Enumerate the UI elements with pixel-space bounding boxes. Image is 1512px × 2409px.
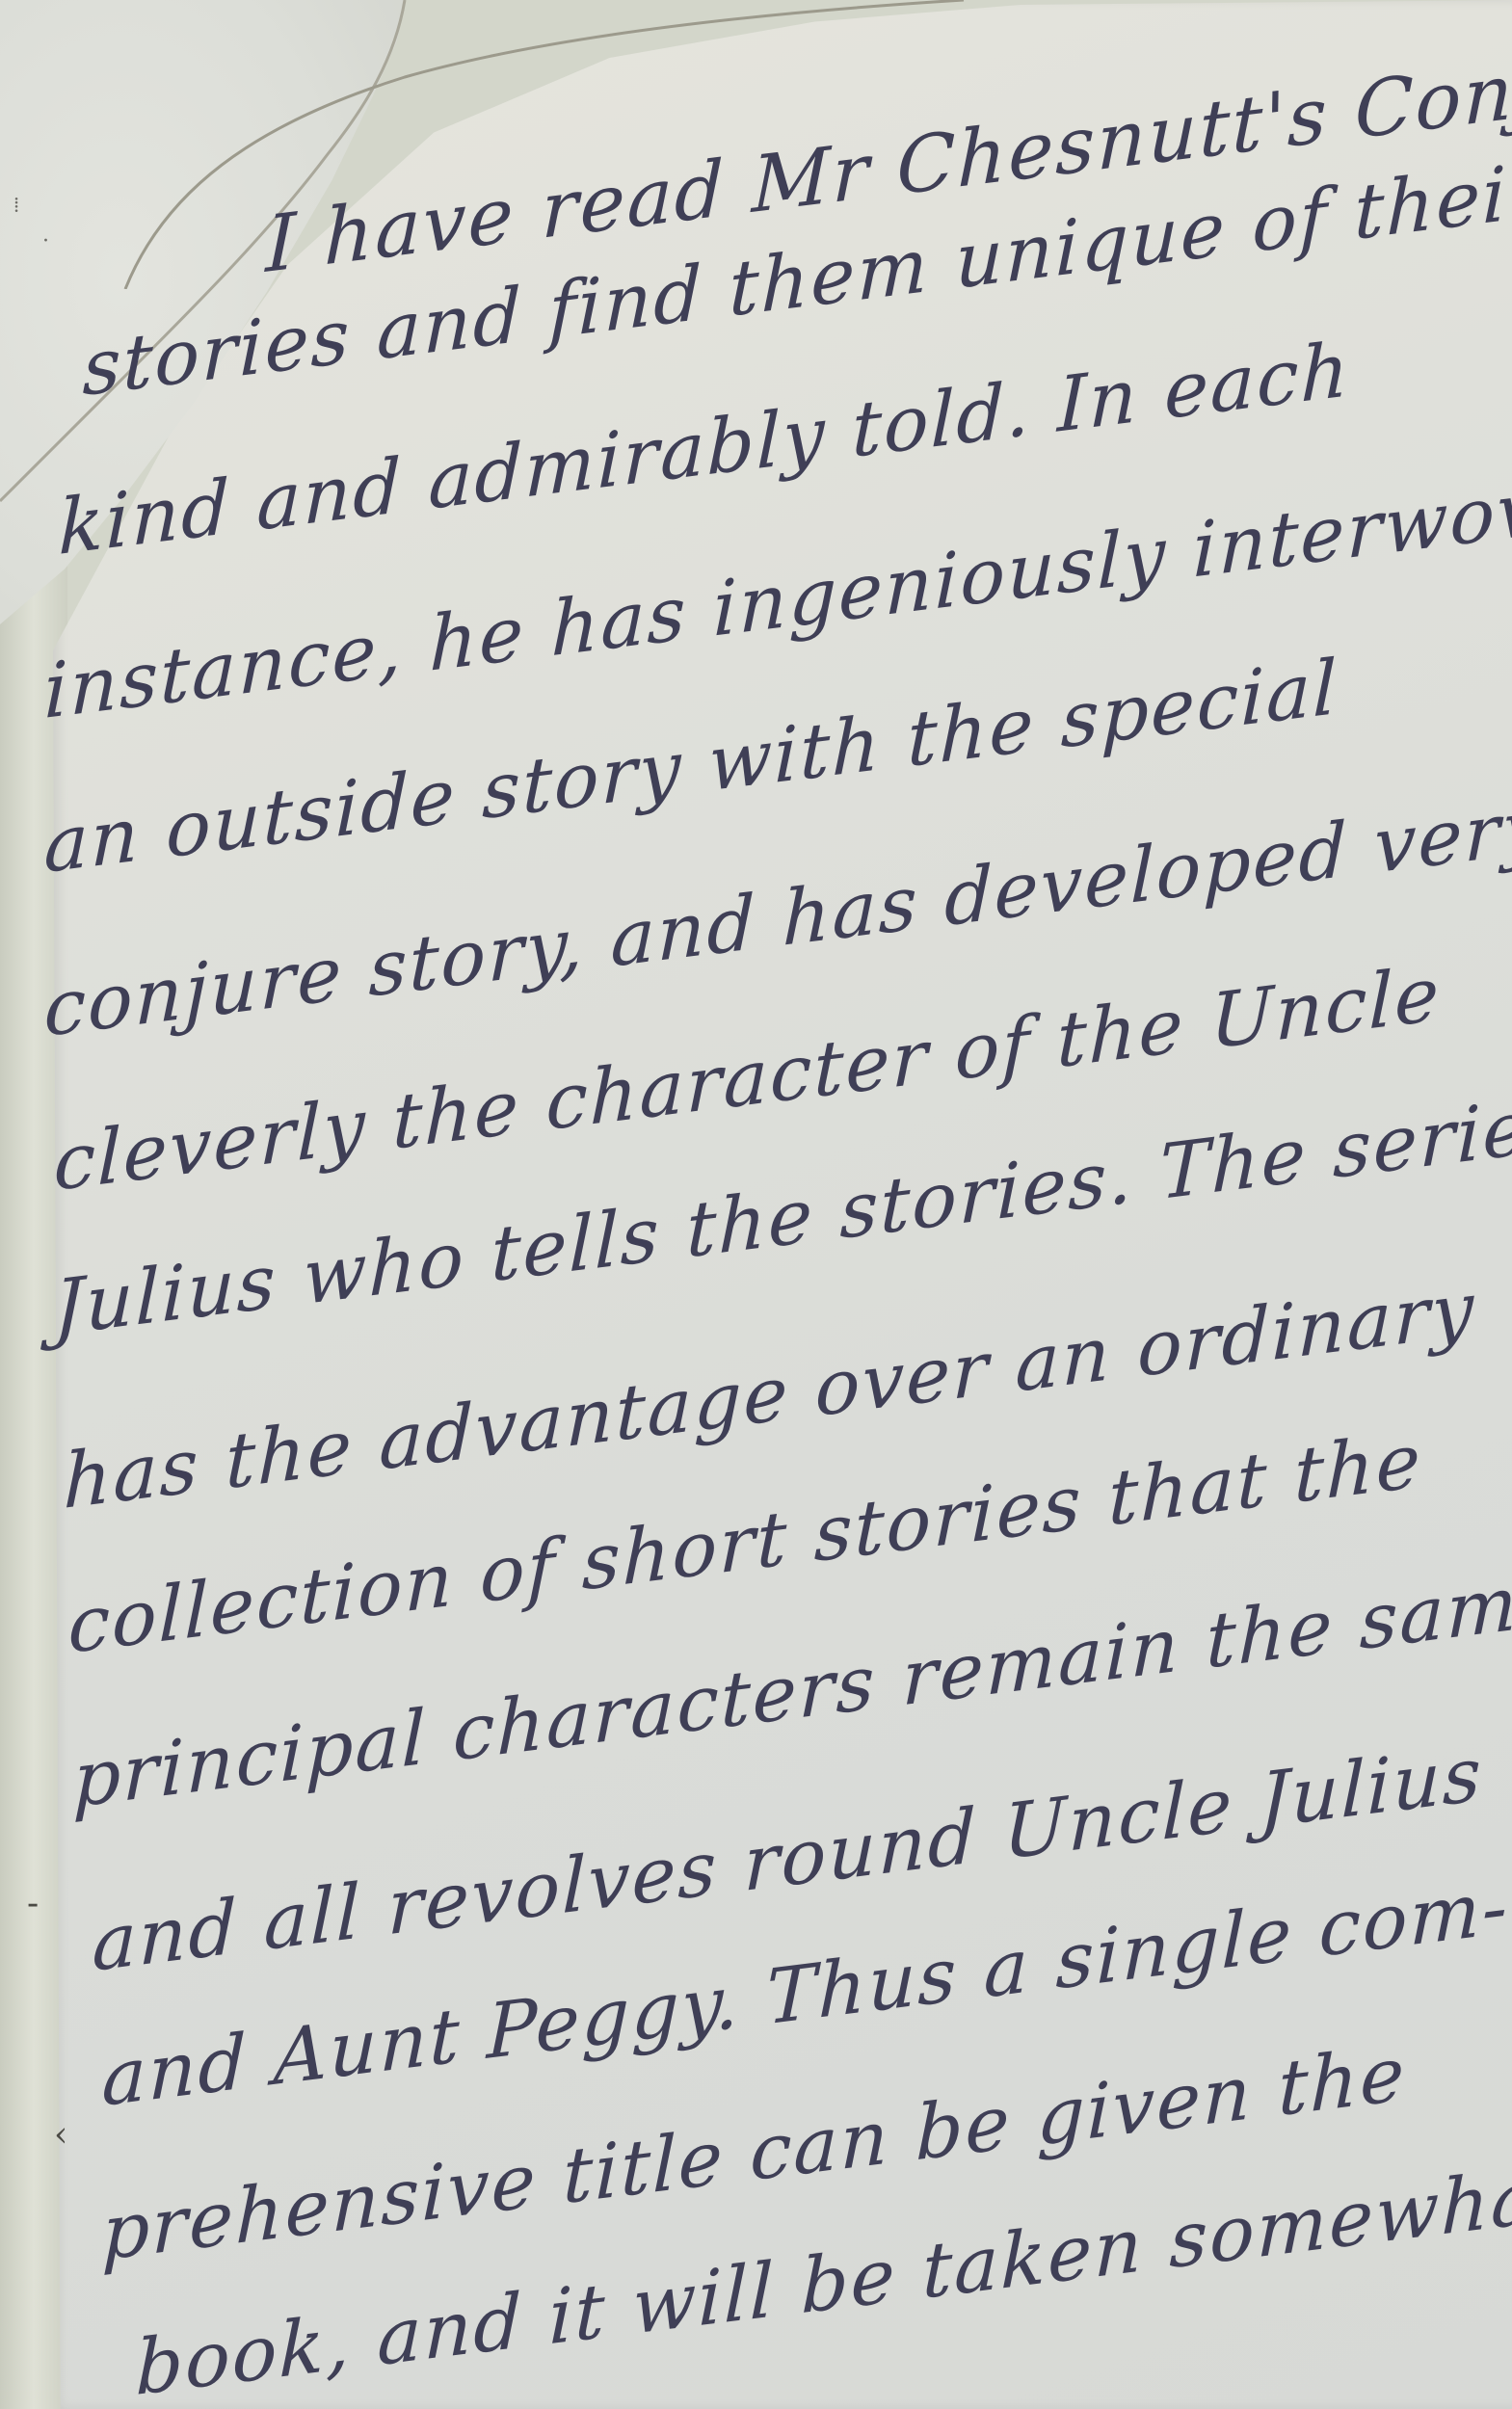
- curl-dash-mark: ⁞: [13, 193, 19, 218]
- margin-tick-mark: -: [27, 1884, 39, 1923]
- curl-dot-mark: ·: [42, 229, 49, 253]
- margin-bracket-mark: ‹: [54, 2115, 67, 2155]
- manuscript-photo: · ⁞ I have read Mr Chesnutt's Conjure st…: [0, 0, 1512, 2409]
